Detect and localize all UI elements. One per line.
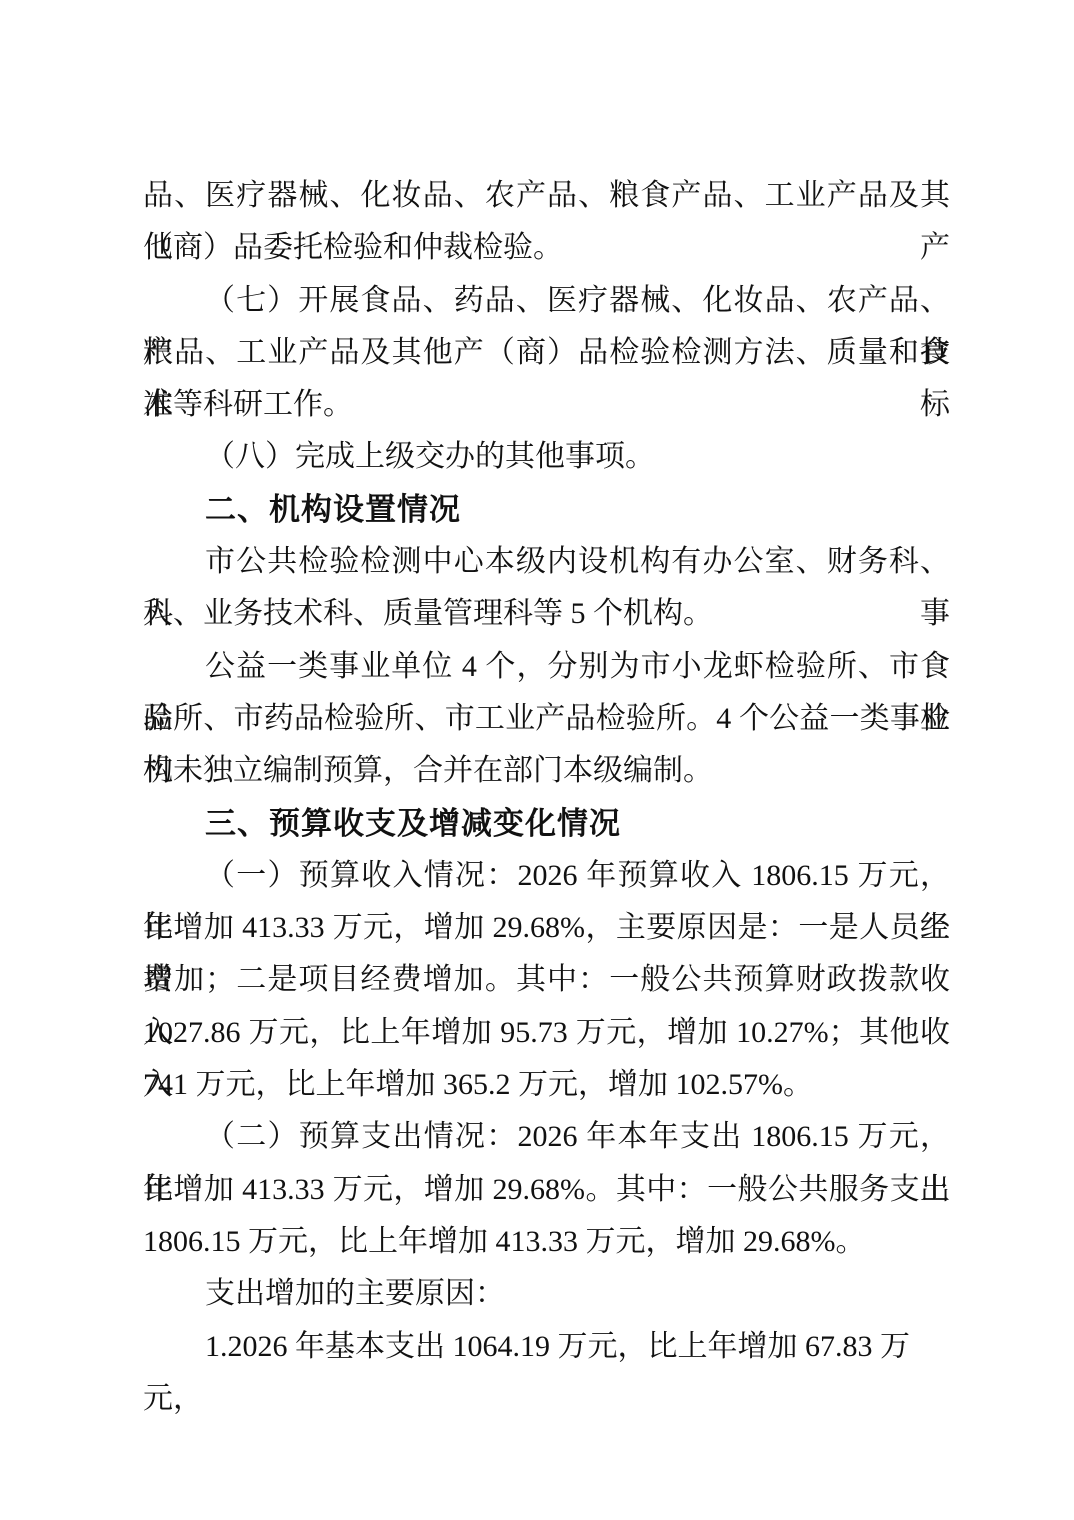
text-line: 公益一类事业单位 4 个，分别为市小龙虾检验所、市食品检 bbox=[143, 641, 950, 693]
text-body: 品、医疗器械、化妆品、农产品、粮食产品、工业产品及其他产（商）品委托检验和仲裁检… bbox=[143, 170, 950, 1373]
text-line: 年增加 413.33 万元，增加 29.68%。其中：一般公共服务支出 bbox=[143, 1164, 950, 1216]
text-line: （七）开展食品、药品、医疗器械、化妆品、农产品、粮食 bbox=[143, 275, 950, 327]
text-line: 1.2026 年基本支出 1064.19 万元，比上年增加 67.83 万元， bbox=[143, 1321, 950, 1373]
text-line: 产品、工业产品及其他产（商）品检验检测方法、质量和技术标 bbox=[143, 327, 950, 379]
text-line: （二）预算支出情况：2026 年本年支出 1806.15 万元，比上 bbox=[143, 1111, 950, 1163]
text-line: 支出增加的主要原因： bbox=[143, 1268, 950, 1320]
text-line: 年增加 413.33 万元，增加 29.68%，主要原因是：一是人员经费 bbox=[143, 902, 950, 954]
text-line: 品、医疗器械、化妆品、农产品、粮食产品、工业产品及其他产 bbox=[143, 170, 950, 222]
text-line: 验所、市药品检验所、市工业产品检验所。4 个公益一类事业机 bbox=[143, 693, 950, 745]
text-line: 市公共检验检测中心本级内设机构有办公室、财务科、人事 bbox=[143, 536, 950, 588]
document-page: 品、医疗器械、化妆品、农产品、粮食产品、工业产品及其他产（商）品委托检验和仲裁检… bbox=[0, 0, 1074, 1520]
text-line: 构未独立编制预算，合并在部门本级编制。 bbox=[143, 745, 950, 797]
text-line: 1806.15 万元，比上年增加 413.33 万元，增加 29.68%。 bbox=[143, 1216, 950, 1268]
text-line: 增加；二是项目经费增加。其中：一般公共预算财政拨款收入 bbox=[143, 954, 950, 1006]
text-line: 741 万元，比上年增加 365.2 万元，增加 102.57%。 bbox=[143, 1059, 950, 1111]
text-line: （八）完成上级交办的其他事项。 bbox=[143, 431, 950, 483]
section-heading: 三、预算收支及增减变化情况 bbox=[143, 798, 950, 850]
section-heading: 二、机构设置情况 bbox=[143, 484, 950, 536]
text-line: 1027.86 万元，比上年增加 95.73 万元，增加 10.27%；其他收入 bbox=[143, 1007, 950, 1059]
text-line: （一）预算收入情况：2026 年预算收入 1806.15 万元，比上 bbox=[143, 850, 950, 902]
